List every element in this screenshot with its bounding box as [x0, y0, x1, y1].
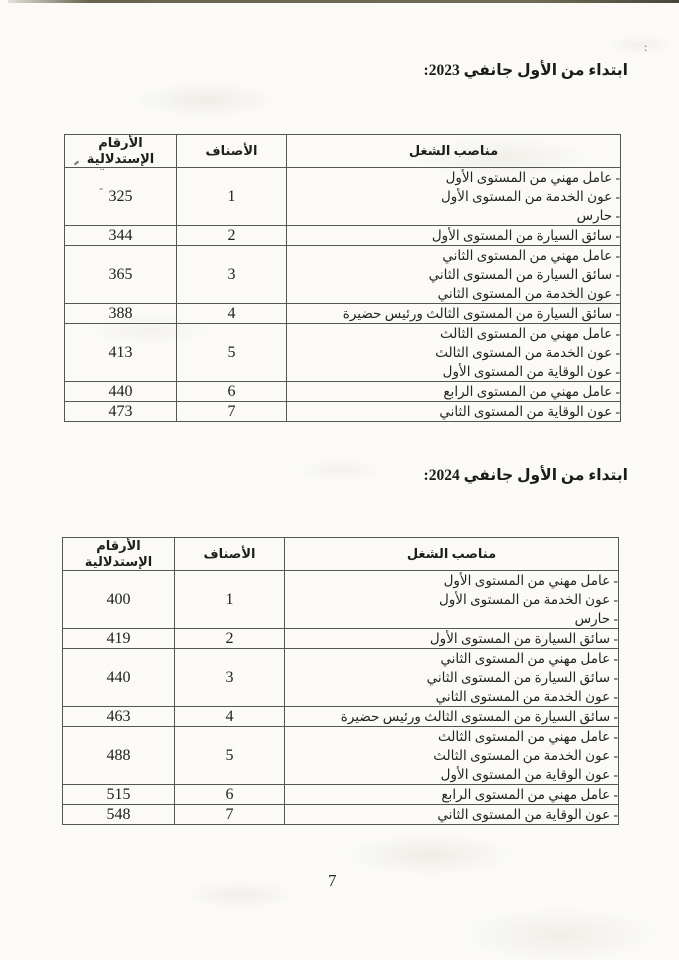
- table-header-row: مناصب الشغل الأصناف الأرقام الإستدلالية: [65, 135, 621, 168]
- document-page: : ¨ - ابتداء من الأول جانفي 2023: مناصب …: [0, 0, 679, 960]
- job-position-cell: - عامل مهني من المستوى الرابع: [287, 382, 621, 402]
- category-cell: 1: [175, 571, 285, 629]
- job-position-cell: - سائق السيارة من المستوى الأول: [287, 226, 621, 246]
- index-number-cell: 488: [63, 727, 175, 785]
- job-title-line: - سائق السيارة من المستوى الأول: [285, 629, 618, 648]
- salary-table-2024-wrapper: مناصب الشغل الأصناف الأرقام الإستدلالية …: [62, 537, 618, 825]
- table-row: - سائق السيارة من المستوى الثالث ورئيس ح…: [63, 707, 619, 727]
- job-title-line: - حارس: [287, 206, 620, 225]
- index-number-cell: 413: [65, 324, 177, 382]
- job-title-line: - عامل مهني من المستوى الثالث: [287, 324, 620, 343]
- scan-edge-shadow: [8, 0, 679, 3]
- job-position-cell: - عامل مهني من المستوى الثالث - عون الخد…: [285, 727, 619, 785]
- job-position-cell: - سائق السيارة من المستوى الثالث ورئيس ح…: [285, 707, 619, 727]
- index-number-cell: 440: [63, 649, 175, 707]
- category-cell: 5: [175, 727, 285, 785]
- job-title-line: - عون الخدمة من المستوى الثالث: [285, 746, 618, 765]
- index-number-cell: 388: [65, 304, 177, 324]
- table-row: - عامل مهني من المستوى الثالث - عون الخد…: [63, 727, 619, 785]
- column-header-jobs: مناصب الشغل: [287, 135, 621, 168]
- job-title-line: - حارس: [285, 609, 618, 628]
- job-title-line: - عون الخدمة من المستوى الأول: [287, 187, 620, 206]
- category-cell: 4: [175, 707, 285, 727]
- job-title-line: - عامل مهني من المستوى الأول: [287, 168, 620, 187]
- table-row: - عون الوقاية من المستوى الثاني 7 473: [65, 402, 621, 422]
- index-number-cell: 440: [65, 382, 177, 402]
- table-row: - عون الوقاية من المستوى الثاني 7 548: [63, 805, 619, 825]
- category-cell: 2: [175, 629, 285, 649]
- category-cell: 3: [175, 649, 285, 707]
- column-header-index-numbers: الأرقام الإستدلالية: [63, 538, 175, 571]
- table-row: - عامل مهني من المستوى الثاني - سائق الس…: [63, 649, 619, 707]
- job-title-line: - عامل مهني من المستوى الرابع: [287, 382, 620, 401]
- index-number-cell: 473: [65, 402, 177, 422]
- job-title-line: - عامل مهني من المستوى الثاني: [285, 649, 618, 668]
- job-title-line: - عامل مهني من المستوى الثالث: [285, 727, 618, 746]
- table-row: - عامل مهني من المستوى الثالث - عون الخد…: [65, 324, 621, 382]
- job-title-line: - عون الوقاية من المستوى الثاني: [287, 402, 620, 421]
- table-row: - عامل مهني من المستوى الثاني - سائق الس…: [65, 246, 621, 304]
- category-cell: 1: [177, 168, 287, 226]
- index-number-cell: 515: [63, 785, 175, 805]
- job-title-line: - عون الخدمة من المستوى الثالث: [287, 343, 620, 362]
- category-cell: 7: [175, 805, 285, 825]
- job-title-line: - عون الوقاية من المستوى الأول: [285, 765, 618, 784]
- index-number-cell: 344: [65, 226, 177, 246]
- table-row: - سائق السيارة من المستوى الثالث ورئيس ح…: [65, 304, 621, 324]
- job-title-line: - سائق السيارة من المستوى الأول: [287, 226, 620, 245]
- job-title-line: - عامل مهني من المستوى الأول: [285, 571, 618, 590]
- salary-table-2023-wrapper: مناصب الشغل الأصناف الأرقام الإستدلالية …: [64, 134, 620, 422]
- column-header-index-numbers: الأرقام الإستدلالية: [65, 135, 177, 168]
- category-cell: 6: [177, 382, 287, 402]
- job-title-line: - عون الخدمة من المستوى الثاني: [285, 687, 618, 706]
- job-title-line: - سائق السيارة من المستوى الثالث ورئيس ح…: [285, 707, 618, 726]
- index-number-cell: 548: [63, 805, 175, 825]
- job-position-cell: - عامل مهني من المستوى الأول - عون الخدم…: [285, 571, 619, 629]
- table-row: - عامل مهني من المستوى الرابع 6 440: [65, 382, 621, 402]
- column-header-jobs: مناصب الشغل: [285, 538, 619, 571]
- job-title-line: - سائق السيارة من المستوى الثاني: [287, 265, 620, 284]
- job-position-cell: - عامل مهني من المستوى الثالث - عون الخد…: [287, 324, 621, 382]
- index-number-cell: 325: [65, 168, 177, 226]
- job-position-cell: - عامل مهني من المستوى الأول - عون الخدم…: [287, 168, 621, 226]
- section-heading-2023: ابتداء من الأول جانفي 2023:: [424, 61, 628, 81]
- job-title-line: - سائق السيارة من المستوى الثالث ورئيس ح…: [287, 304, 620, 323]
- table-row: - عامل مهني من المستوى الرابع 6 515: [63, 785, 619, 805]
- page-number: 7: [328, 871, 337, 891]
- category-cell: 5: [177, 324, 287, 382]
- index-number-cell: 400: [63, 571, 175, 629]
- category-cell: 3: [177, 246, 287, 304]
- section-heading-2024: ابتداء من الأول جانفي 2024:: [424, 466, 628, 486]
- table-header-row: مناصب الشغل الأصناف الأرقام الإستدلالية: [63, 538, 619, 571]
- job-position-cell: - عامل مهني من المستوى الثاني - سائق الس…: [285, 649, 619, 707]
- scan-artifact-colon: :: [644, 40, 647, 55]
- table-row: - عامل مهني من المستوى الأول - عون الخدم…: [65, 168, 621, 226]
- job-title-line: - سائق السيارة من المستوى الثاني: [285, 668, 618, 687]
- table-row: - سائق السيارة من المستوى الأول 2 419: [63, 629, 619, 649]
- job-position-cell: - عامل مهني من المستوى الرابع: [285, 785, 619, 805]
- table-row: - عامل مهني من المستوى الأول - عون الخدم…: [63, 571, 619, 629]
- index-number-cell: 365: [65, 246, 177, 304]
- job-position-cell: - عامل مهني من المستوى الثاني - سائق الس…: [287, 246, 621, 304]
- job-position-cell: - عون الوقاية من المستوى الثاني: [285, 805, 619, 825]
- job-title-line: - عامل مهني من المستوى الثاني: [287, 246, 620, 265]
- column-header-categories: الأصناف: [177, 135, 287, 168]
- job-title-line: - عون الخدمة من المستوى الأول: [285, 590, 618, 609]
- job-title-line: - عون الوقاية من المستوى الأول: [287, 362, 620, 381]
- salary-table-2024: مناصب الشغل الأصناف الأرقام الإستدلالية …: [62, 537, 619, 825]
- job-title-line: - عامل مهني من المستوى الرابع: [285, 785, 618, 804]
- index-number-cell: 419: [63, 629, 175, 649]
- category-cell: 4: [177, 304, 287, 324]
- column-header-categories: الأصناف: [175, 538, 285, 571]
- job-position-cell: - عون الوقاية من المستوى الثاني: [287, 402, 621, 422]
- table-row: - سائق السيارة من المستوى الأول 2 344: [65, 226, 621, 246]
- job-position-cell: - سائق السيارة من المستوى الثالث ورئيس ح…: [287, 304, 621, 324]
- category-cell: 2: [177, 226, 287, 246]
- job-title-line: - عون الخدمة من المستوى الثاني: [287, 284, 620, 303]
- job-position-cell: - سائق السيارة من المستوى الأول: [285, 629, 619, 649]
- category-cell: 6: [175, 785, 285, 805]
- job-title-line: - عون الوقاية من المستوى الثاني: [285, 805, 618, 824]
- index-number-cell: 463: [63, 707, 175, 727]
- category-cell: 7: [177, 402, 287, 422]
- salary-table-2023: مناصب الشغل الأصناف الأرقام الإستدلالية …: [64, 134, 621, 422]
